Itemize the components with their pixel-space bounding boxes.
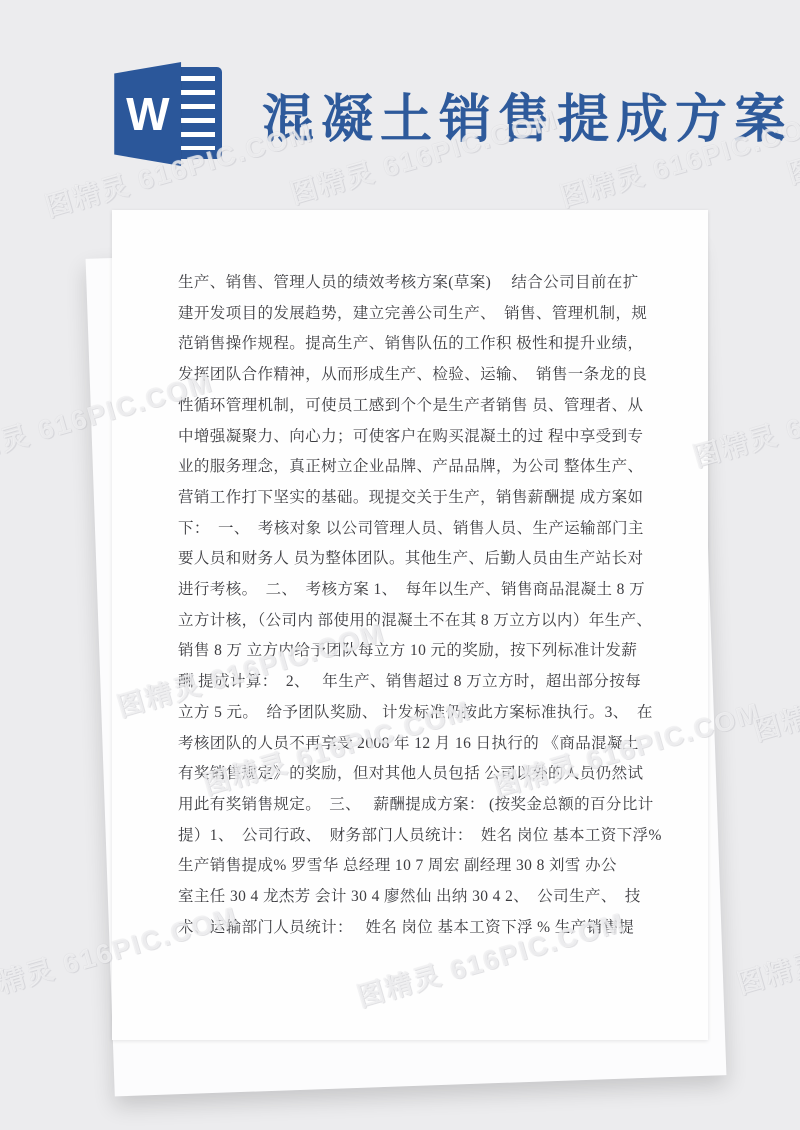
document-line: 进行考核。 二、 考核方案 1、 每年以生产、销售商品混凝土 8 万 (178, 575, 654, 606)
document-line: 范销售操作规程。提高生产、销售队伍的工作积 极性和提升业绩， (178, 329, 654, 360)
word-icon-cover: W (114, 62, 181, 166)
document-line: 要人员和财务人 员为整体团队。其他生产、后勤人员由生产站长对 (178, 544, 654, 575)
word-icon: W (112, 62, 224, 166)
document-line: 生产、销售、管理人员的绩效考核方案(草案) 结合公司目前在扩 (178, 268, 654, 299)
document-line: 下： 一、 考核对象 以公司管理人员、销售人员、生产运输部门主 (178, 514, 654, 545)
watermark-text: 图精灵 616PIC.COM (732, 888, 800, 1002)
document-line: 发挥团队合作精神，从而形成生产、检验、运输、 销售一条龙的良 (178, 360, 654, 391)
page-background: 生产、销售、管理人员的绩效考核方案(草案) 结合公司目前在扩建开发项目的发展趋势… (0, 0, 800, 1130)
document-line: 中增强凝聚力、向心力；可使客户在购买混凝土的过 程中享受到专 (178, 422, 654, 453)
document-line: 室主任 30 4 龙杰芳 会计 30 4 廖然仙 出纳 30 4 2、 公司生产… (178, 882, 654, 913)
document-text: 生产、销售、管理人员的绩效考核方案(草案) 结合公司目前在扩建开发项目的发展趋势… (112, 210, 708, 1040)
document-line: 有奖销售规定》的奖励，但对其他人员包括 公司以外的人员仍然试 (178, 759, 654, 790)
document-line: 考核团队的人员不再享受 2008 年 12 月 16 日执行的 《商品混凝土 (178, 729, 654, 760)
watermark-text: 图精灵 616PIC.COM (748, 635, 800, 749)
front-page-sheet: 生产、销售、管理人员的绩效考核方案(草案) 结合公司目前在扩建开发项目的发展趋势… (112, 210, 708, 1040)
document-line: 生产销售提成% 罗雪华 总经理 10 7 周宏 副经理 30 8 刘雪 办公 (178, 851, 654, 882)
document-line: 术、运输部门人员统计： 姓名 岗位 基本工资下浮 % 生产销售提 (178, 913, 654, 944)
word-icon-text-lines (178, 76, 215, 150)
document-line: 用此有奖销售规定。 三、 薪酬提成方案： (按奖金总额的百分比计 (178, 790, 654, 821)
document-line: 建开发项目的发展趋势，建立完善公司生产、 销售、管理机制，规 (178, 299, 654, 330)
header: W 混凝土销售提成方案 (112, 60, 793, 168)
word-icon-letter: W (126, 91, 169, 137)
document-line: 提）1、 公司行政、 财务部门人员统计： 姓名 岗位 基本工资下浮% (178, 821, 654, 852)
document-line: 酬 提成计算： 2、 年生产、销售超过 8 万立方时，超出部分按每 (178, 667, 654, 698)
document-line: 立方 5 元。 给予团队奖励、 计发标准仍按此方案标准执行。3、 在 (178, 698, 654, 729)
document-line: 业的服务理念，真正树立企业品牌、产品品牌，为公司 整体生产、 (178, 452, 654, 483)
page-title: 混凝土销售提成方案 (262, 77, 793, 152)
document-line: 立方计核，（公司内 部使用的混凝土不在其 8 万立方以内）年生产、 (178, 606, 654, 637)
document-line: 性循环管理机制，可使员工感到个个是生产者销售 员、管理者、从 (178, 391, 654, 422)
document-line: 营销工作打下坚实的基础。现提交关于生产，销售薪酬提 成方案如 (178, 483, 654, 514)
document-line: 销售 8 万 立方内给予团队每立方 10 元的奖励，按下列标准计发薪 (178, 636, 654, 667)
